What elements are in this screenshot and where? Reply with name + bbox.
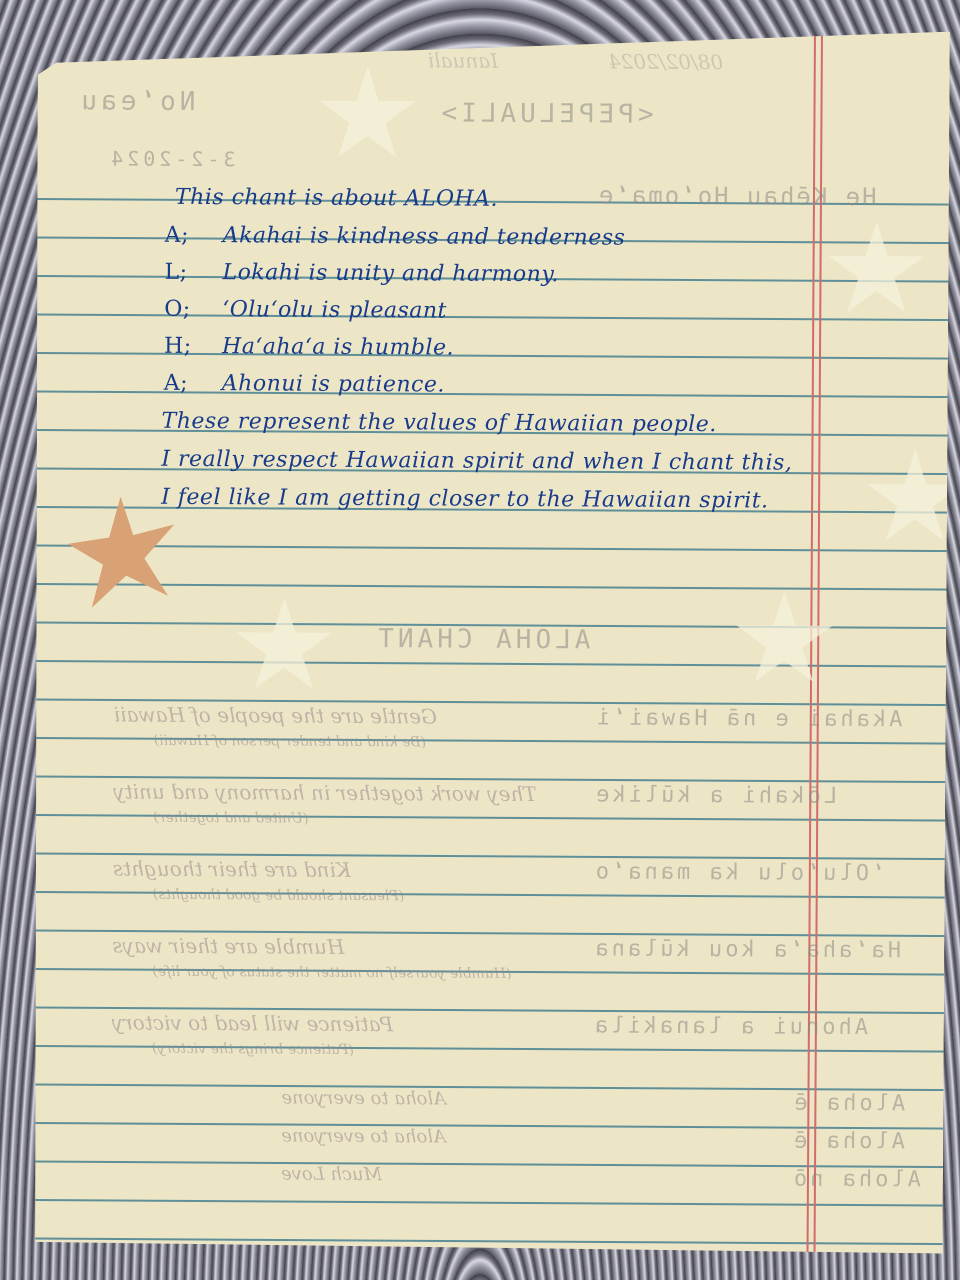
showthrough-hawaiian-line: ʻOluʻolu ka manaʻo: [593, 859, 886, 886]
showthrough-translation-note: (Patience brings the victory): [152, 1041, 354, 1058]
chant-intro-title: This chant is about ALOHA.: [175, 185, 498, 212]
value-definition: Lokahi is unity and harmony.: [222, 260, 559, 287]
closing-line: I feel like I am getting closer to the H…: [161, 485, 769, 514]
showthrough-english-line: Humble are their ways: [112, 933, 344, 958]
showthrough-english-line: They work together in harmony and unity: [113, 779, 536, 806]
showthrough-closing-hawaiian: Aloha ē: [791, 1129, 905, 1155]
value-letter: H;: [164, 334, 192, 359]
showthrough-hawaiian-line: Lōkahi a kūlike: [593, 782, 837, 808]
showthrough-name: Noʻeau: [77, 86, 195, 117]
lined-paper: Noʻeau 3-2-2024 <PEPELUALI> Ianuali 08/0…: [31, 26, 950, 1254]
value-letter: A;: [165, 223, 189, 248]
showthrough-hawaiian-line: Akahai e nā Hawaiʻi: [594, 705, 903, 732]
showthrough-header-date: 08/02/2024: [608, 49, 723, 74]
showthrough-closing-english: Much Love: [281, 1164, 382, 1186]
showthrough-closing-english: Aloha to everyone: [281, 1088, 446, 1110]
value-definition: Akahai is kindness and tenderness: [223, 223, 626, 250]
value-definition: Ahonui is patience.: [222, 371, 445, 397]
value-letter: A;: [164, 371, 188, 396]
value-letter: L;: [164, 260, 187, 285]
aloha-values-list: A;Akahai is kindness and tendernessL;Lok…: [38, 26, 950, 32]
value-definition: ʻOluʻolu is pleasant: [222, 297, 447, 323]
showthrough-closing-hawaiian: Aloha nō: [791, 1167, 921, 1193]
value-letter: O;: [164, 297, 191, 322]
showthrough-heading: <PEPELUALI>: [437, 98, 653, 129]
closing-line: These represent the values of Hawaiian p…: [162, 409, 717, 437]
showthrough-date: 3-2-2024: [107, 146, 235, 171]
value-definition: Haʻahaʻa is humble.: [222, 334, 454, 360]
closing-line: I really respect Hawaiian spirit and whe…: [161, 447, 792, 476]
showthrough-hawaiian-line: Haʻahaʻa kou kūlana: [592, 936, 901, 963]
showthrough-english-line: Patience will lead to victory: [112, 1010, 393, 1036]
showthrough-english-line: Kind are their thoughts: [113, 856, 351, 881]
showthrough-translation-note: (Pleasant should be good thoughts): [153, 887, 405, 905]
star-sticker-showthrough: [317, 66, 418, 167]
showthrough-closing-hawaiian: Aloha ē: [791, 1091, 905, 1117]
showthrough-chant-lines: Akahai e nā HawaiʻiGentle are the people…: [38, 26, 950, 32]
showthrough-english-line: Gentle are the people of Hawaii: [114, 702, 437, 728]
showthrough-closing-english: Aloha to everyone: [281, 1126, 446, 1148]
showthrough-month: Ianuali: [428, 48, 498, 72]
showthrough-hawaiian-line: Ahonui a lanakila: [592, 1013, 868, 1040]
showthrough-subtitle: He Kēhau Hoʻomaʻe: [597, 181, 877, 211]
closing-paragraph: These represent the values of Hawaiian p…: [38, 26, 950, 32]
showthrough-translation-note: (United and together): [153, 810, 308, 827]
showthrough-chant-title: ALOHA CHANT: [374, 624, 590, 655]
showthrough-translation-note: (Humble yourself no matter the status of…: [152, 964, 511, 982]
showthrough-translation-note: (Be kind and tender person of Hawaii): [154, 733, 426, 751]
